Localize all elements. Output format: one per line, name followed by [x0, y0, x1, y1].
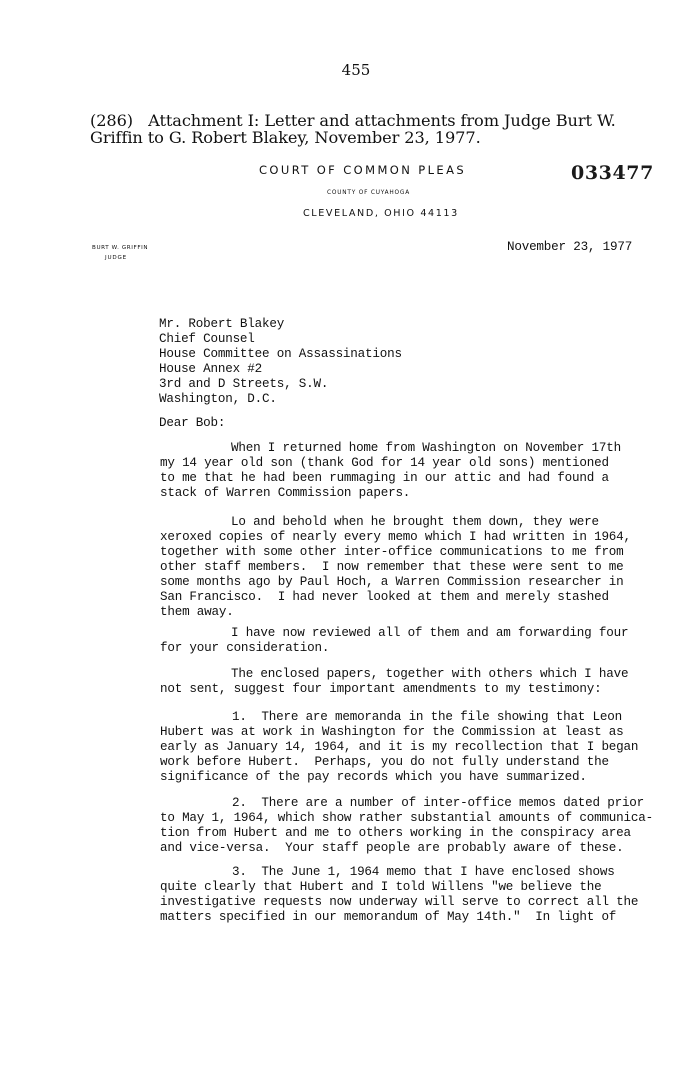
- address-line: 3rd and D Streets, S.W.: [159, 377, 328, 391]
- body-line: early as January 14, 1964, and it is my …: [160, 740, 638, 754]
- address-line: Washington, D.C.: [159, 392, 277, 406]
- body-line: Lo and behold when he brought them down,…: [231, 515, 599, 529]
- letterhead-judge-title: JUDGE: [105, 255, 127, 261]
- letterhead-county: COUNTY OF CUYAHOGA: [327, 190, 410, 196]
- body-line: work before Hubert. Perhaps, you do not …: [160, 755, 609, 769]
- letterhead-court: COURT OF COMMON PLEAS: [259, 163, 466, 177]
- salutation: Dear Bob:: [159, 416, 225, 430]
- address-line: Chief Counsel: [159, 332, 255, 346]
- body-line: to May 1, 1964, which show rather substa…: [160, 811, 653, 825]
- letter-date: November 23, 1977: [507, 240, 632, 254]
- body-line: to me that he had been rummaging in our …: [160, 471, 609, 485]
- document-stamp-number: 033477: [571, 162, 654, 184]
- letterhead-judge-name: BURT W. GRIFFIN: [92, 245, 148, 251]
- address-line: House Annex #2: [159, 362, 262, 376]
- body-line: 1. There are memoranda in the file showi…: [232, 710, 622, 724]
- body-line: investigative requests now underway will…: [160, 895, 638, 909]
- body-line: some months ago by Paul Hoch, a Warren C…: [160, 575, 624, 589]
- body-line: them away.: [160, 605, 234, 619]
- body-line: my 14 year old son (thank God for 14 yea…: [160, 456, 609, 470]
- body-line: The enclosed papers, together with other…: [231, 667, 628, 681]
- body-line: xeroxed copies of nearly every memo whic…: [160, 530, 631, 544]
- body-line: When I returned home from Washington on …: [231, 441, 621, 455]
- body-line: together with some other inter-office co…: [160, 545, 624, 559]
- body-line: 2. There are a number of inter-office me…: [232, 796, 644, 810]
- body-line: Hubert was at work in Washington for the…: [160, 725, 624, 739]
- body-line: San Francisco. I had never looked at the…: [160, 590, 609, 604]
- address-line: House Committee on Assassinations: [159, 347, 402, 361]
- body-line: significance of the pay records which yo…: [160, 770, 587, 784]
- body-line: 3. The June 1, 1964 memo that I have enc…: [232, 865, 615, 879]
- body-line: stack of Warren Commission papers.: [160, 486, 410, 500]
- caption-line-2: Griffin to G. Robert Blakey, November 23…: [90, 128, 481, 147]
- body-line: for your consideration.: [160, 641, 329, 655]
- body-line: not sent, suggest four important amendme…: [160, 682, 601, 696]
- body-line: other staff members. I now remember that…: [160, 560, 624, 574]
- body-line: I have now reviewed all of them and am f…: [231, 626, 628, 640]
- page-number: 455: [0, 61, 691, 79]
- address-line: Mr. Robert Blakey: [159, 317, 284, 331]
- body-line: and vice-versa. Your staff people are pr…: [160, 841, 624, 855]
- body-line: tion from Hubert and me to others workin…: [160, 826, 631, 840]
- body-line: quite clearly that Hubert and I told Wil…: [160, 880, 601, 894]
- letterhead-city: CLEVELAND, OHIO 44113: [303, 208, 459, 219]
- body-line: matters specified in our memorandum of M…: [160, 910, 616, 924]
